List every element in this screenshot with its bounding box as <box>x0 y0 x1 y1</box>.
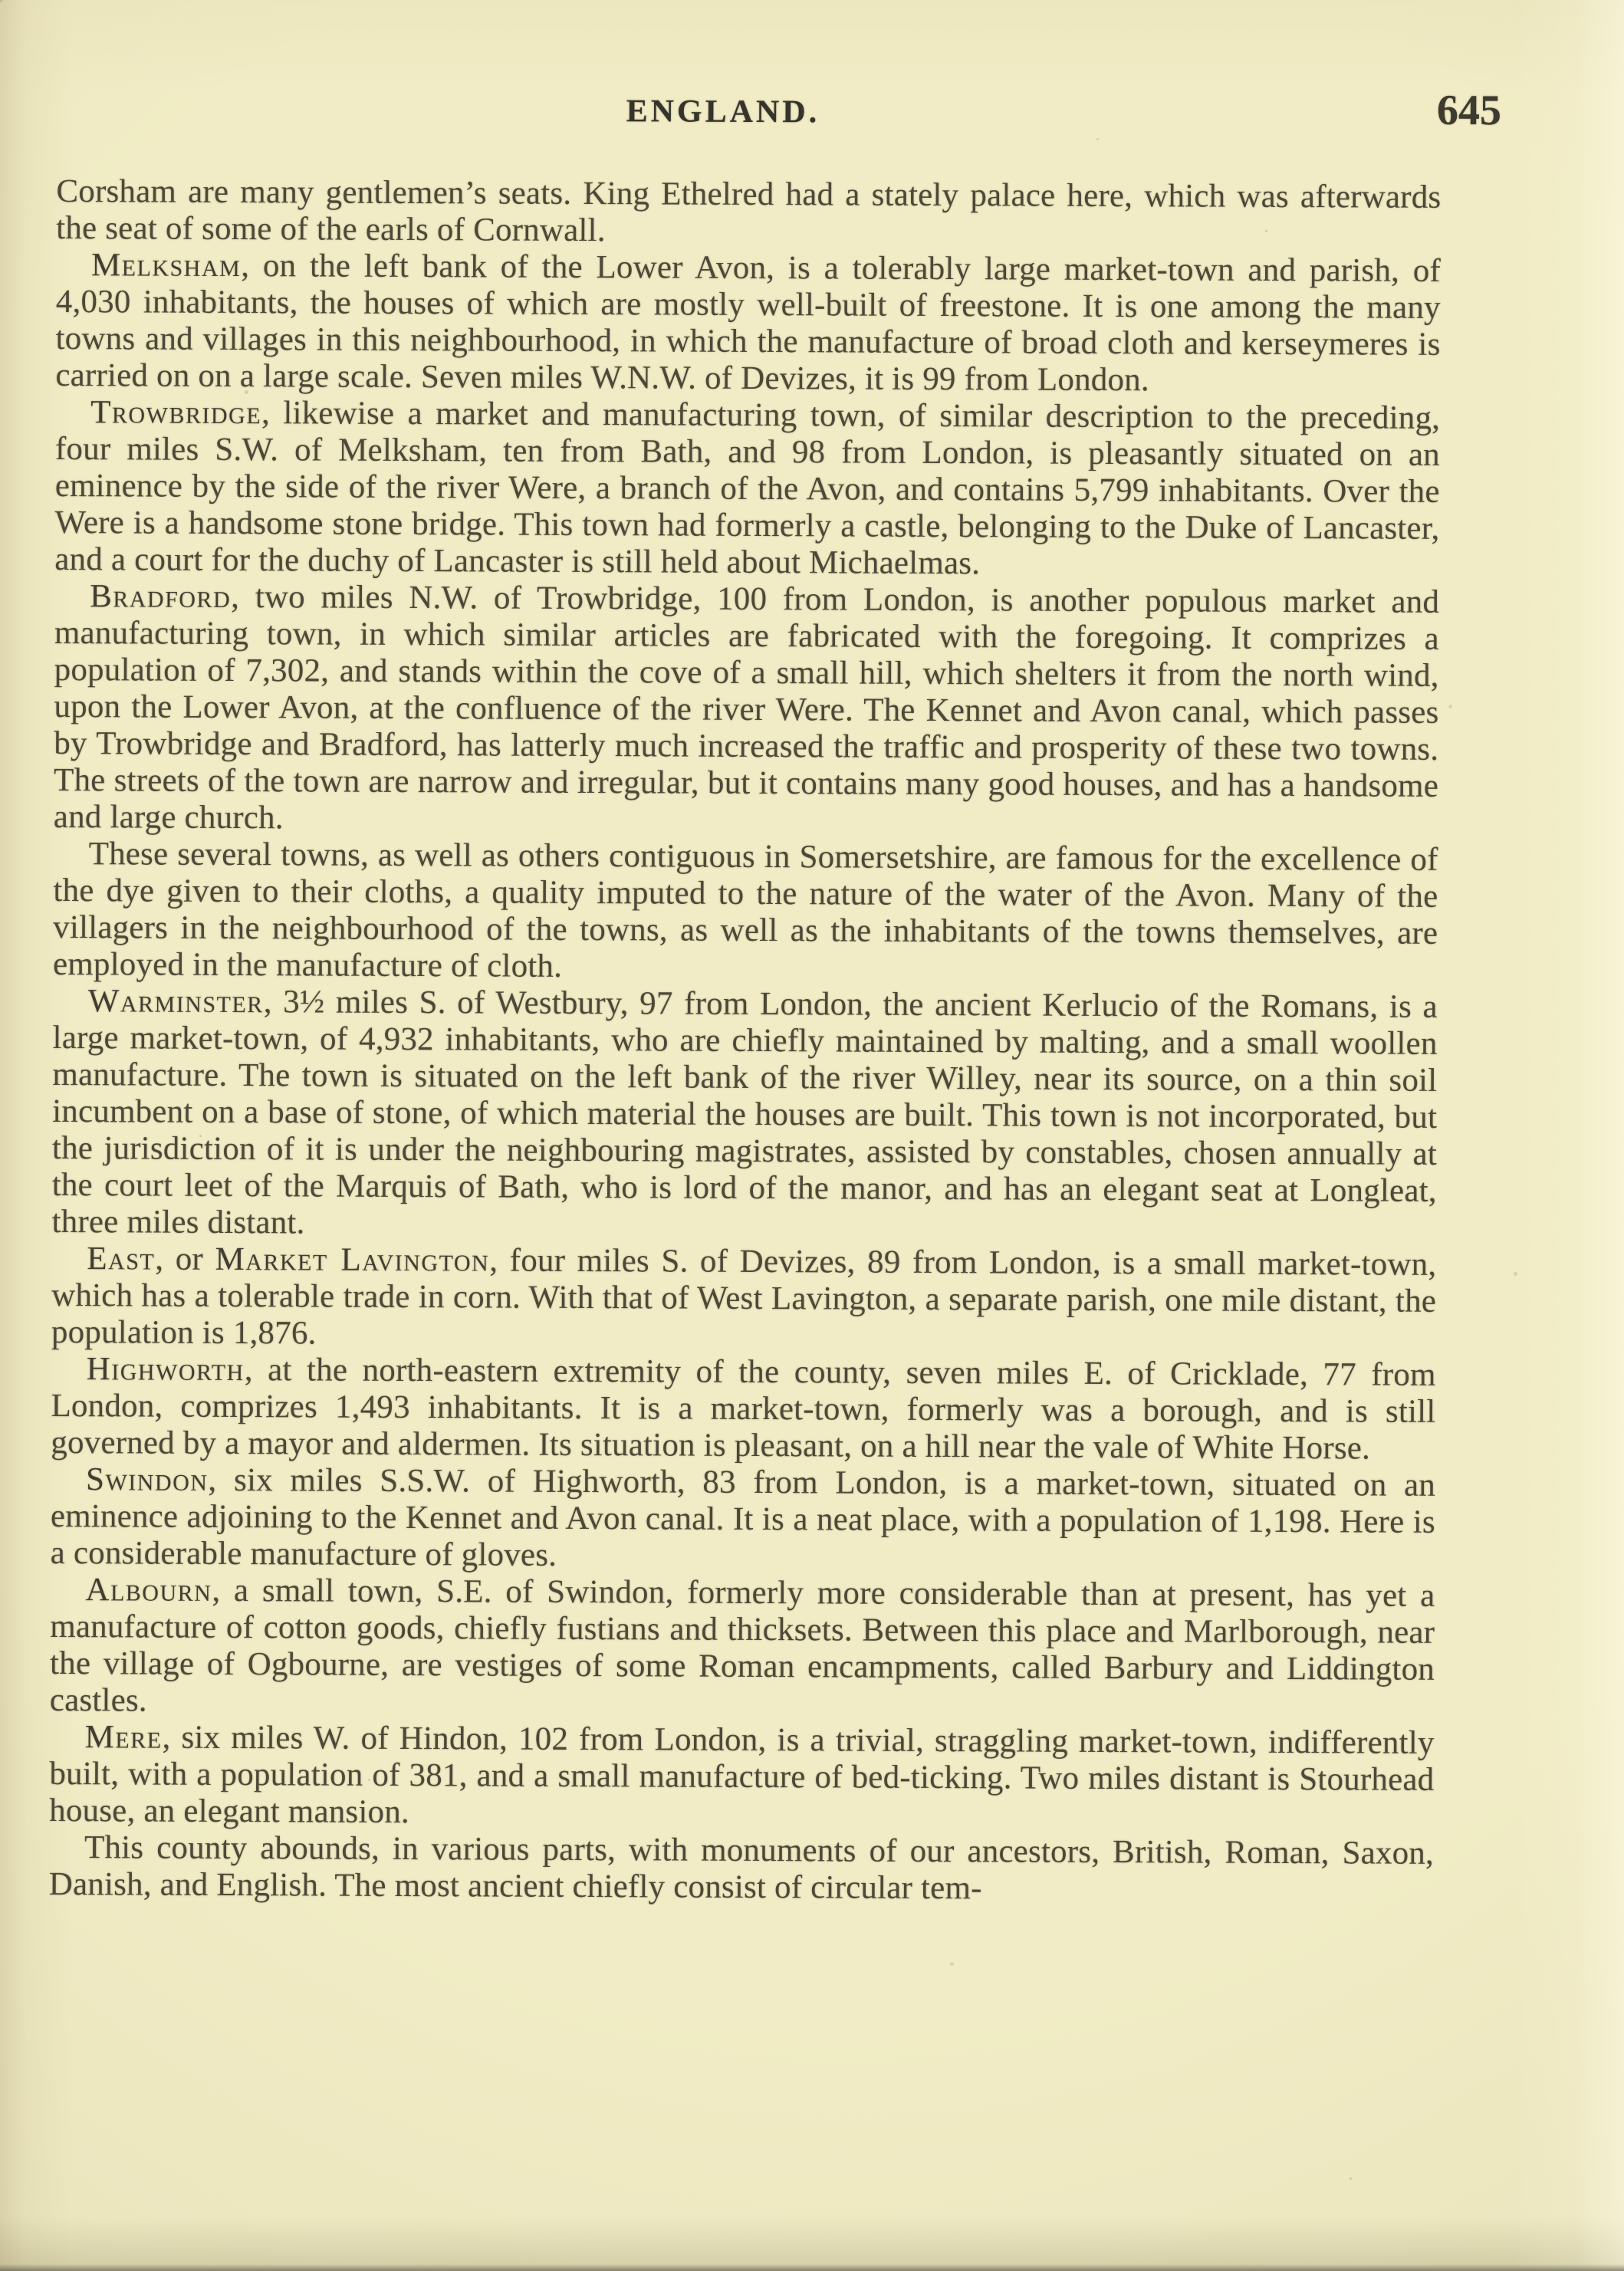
page-content: ENGLAND. 645 Corsham are many gentlemen’… <box>49 90 1442 1909</box>
paragraph-text: These several towns, as well as others c… <box>53 836 1438 984</box>
page-header: ENGLAND. 645 <box>57 90 1442 150</box>
paragraph-text: This county abounds, in various parts, w… <box>49 1829 1434 1906</box>
page-text: Corsham are many gentlemen’s seats. King… <box>49 173 1442 1909</box>
paragraph: These several towns, as well as others c… <box>53 836 1438 989</box>
town-name: Swindon <box>86 1461 209 1498</box>
paragraph: Warminster, 3½ miles S. of Westbury, 97 … <box>51 983 1437 1247</box>
town-name: Melksham <box>91 247 241 284</box>
paragraph-text: , at the north-eastern extremity of the … <box>51 1352 1436 1466</box>
paragraph-text: , or <box>155 1241 215 1277</box>
paragraph: Highworth, at the north-eastern extremit… <box>51 1351 1436 1467</box>
town-name: Bradford <box>90 578 231 615</box>
paragraph-text: , on the left bank of the Lower Avon, is… <box>55 248 1441 398</box>
paragraph-text: , two miles N.W. of Trowbridge, 100 from… <box>54 579 1439 836</box>
paragraph-text: , 3½ miles S. of Westbury, 97 from Londo… <box>51 984 1437 1241</box>
paper-speckles <box>0 0 2 2</box>
town-name: Market Lavington <box>215 1241 489 1279</box>
paragraph: Mere, six miles W. of Hindon, 102 from L… <box>49 1719 1435 1836</box>
paragraph: Bradford, two miles N.W. of Trowbridge, … <box>54 578 1439 842</box>
running-title: ENGLAND. <box>626 93 820 130</box>
paragraph: East, or Market Lavington, four miles S.… <box>51 1241 1437 1357</box>
town-name: East <box>87 1241 155 1277</box>
paragraph: Albourn, a small town, S.E. of Swindon, … <box>50 1572 1435 1725</box>
town-name: Albourn <box>85 1572 212 1609</box>
paragraph-text: , a small town, S.E. of Swindon, formerl… <box>50 1573 1435 1719</box>
paragraph-text: , six miles W. of Hindon, 102 from Londo… <box>49 1720 1435 1830</box>
paragraph: This county abounds, in various parts, w… <box>49 1829 1434 1909</box>
paragraph-text: Corsham are many gentlemen’s seats. King… <box>56 173 1441 248</box>
town-name: Trowbridge <box>90 394 261 431</box>
town-name: Mere <box>85 1719 163 1755</box>
paragraph: Trowbridge, likewise a market and manufa… <box>54 394 1440 584</box>
page-number: 645 <box>1437 86 1501 135</box>
book-page: ENGLAND. 645 Corsham are many gentlemen’… <box>0 0 1624 2271</box>
town-name: Highworth <box>87 1351 245 1388</box>
paragraph: Corsham are many gentlemen’s seats. King… <box>56 173 1441 253</box>
town-name: Warminster <box>88 983 264 1020</box>
paragraph-text: , likewise a market and manufacturing to… <box>54 395 1440 581</box>
paragraph: Swindon, six miles S.S.W. of Highworth, … <box>51 1461 1436 1578</box>
paragraph-text: , six miles S.S.W. of Highworth, 83 from… <box>51 1462 1436 1573</box>
paragraph: Melksham, on the left bank of the Lower … <box>55 247 1441 400</box>
